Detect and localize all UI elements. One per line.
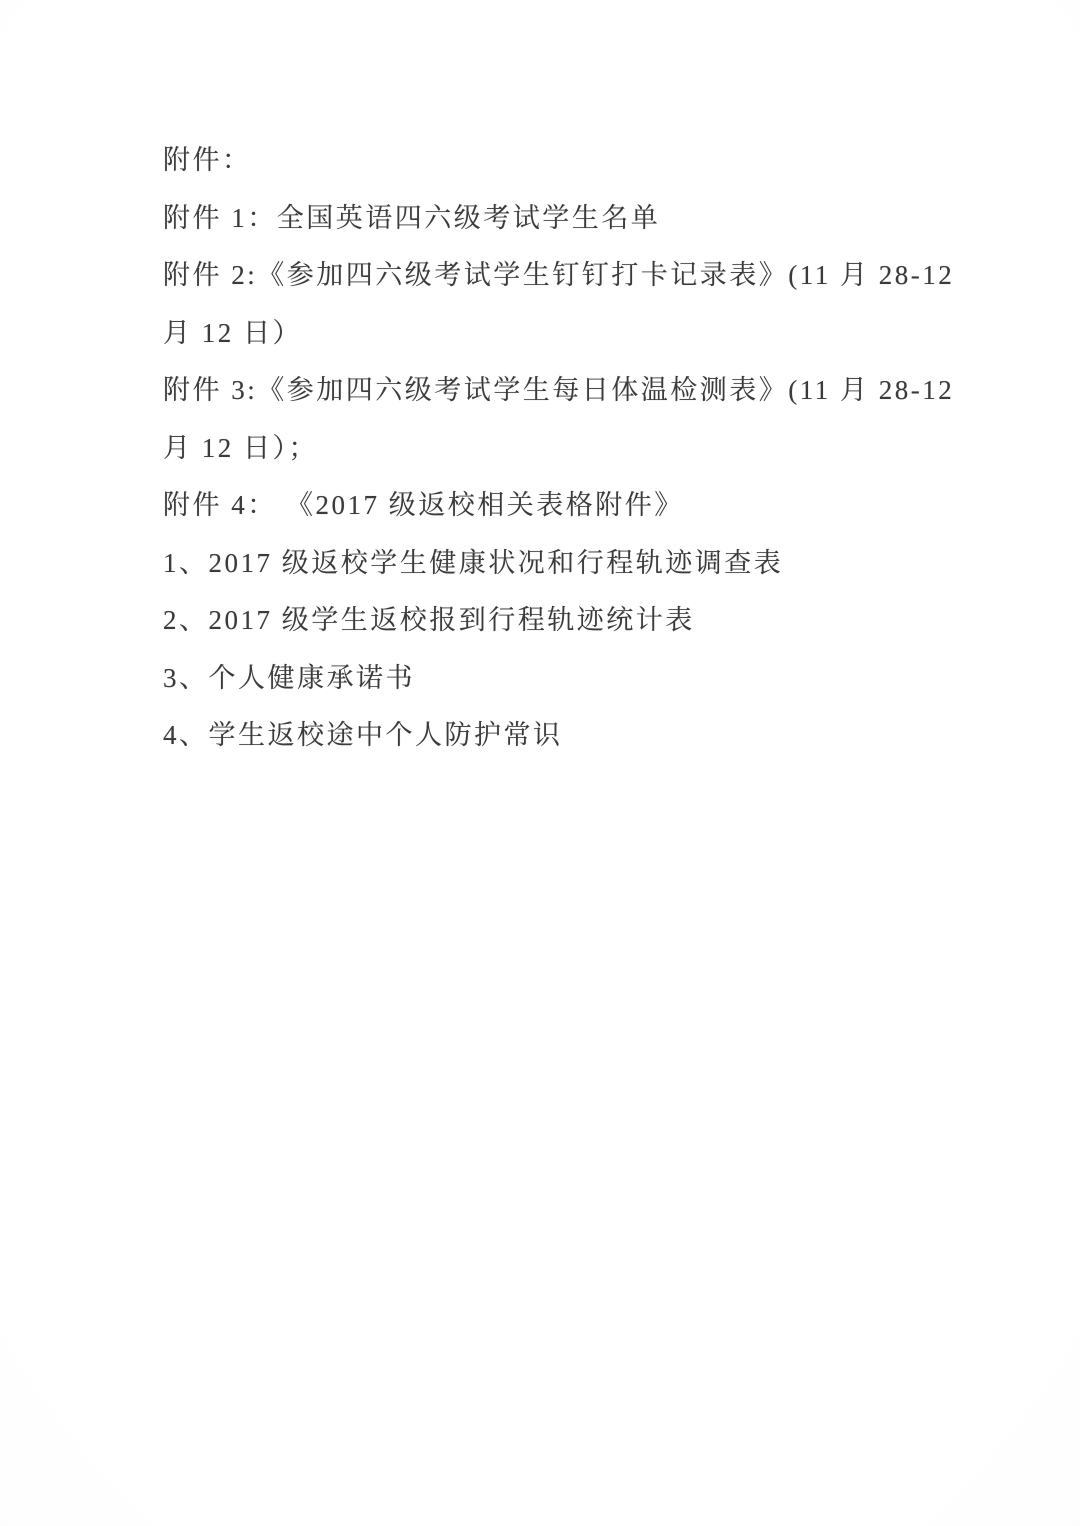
doc-line-attachment-1: 附件 1：全国英语四六级考试学生名单 [163, 190, 960, 248]
doc-line-subitem-3: 3、个人健康承诺书 [163, 650, 960, 708]
doc-line-subitem-2: 2、2017 级学生返校报到行程轨迹统计表 [163, 592, 960, 650]
doc-line-subitem-4: 4、学生返校途中个人防护常识 [163, 707, 960, 765]
doc-line-subitem-1: 1、2017 级返校学生健康状况和行程轨迹调查表 [163, 535, 960, 593]
doc-line-attachment-2-wrap: 月 12 日） [163, 305, 960, 363]
doc-line-attachment-3-wrap: 月 12 日）； [163, 420, 960, 478]
document-page: 附件： 附件 1：全国英语四六级考试学生名单 附件 2:《参加四六级考试学生钉钉… [0, 0, 1080, 1526]
doc-line-heading: 附件： [163, 132, 960, 190]
attachment-list: 附件： 附件 1：全国英语四六级考试学生名单 附件 2:《参加四六级考试学生钉钉… [163, 132, 960, 765]
doc-line-attachment-2: 附件 2:《参加四六级考试学生钉钉打卡记录表》(11 月 28-12 [163, 247, 960, 305]
doc-line-attachment-3: 附件 3:《参加四六级考试学生每日体温检测表》(11 月 28-12 [163, 362, 960, 420]
doc-line-attachment-4: 附件 4： 《2017 级返校相关表格附件》 [163, 477, 960, 535]
